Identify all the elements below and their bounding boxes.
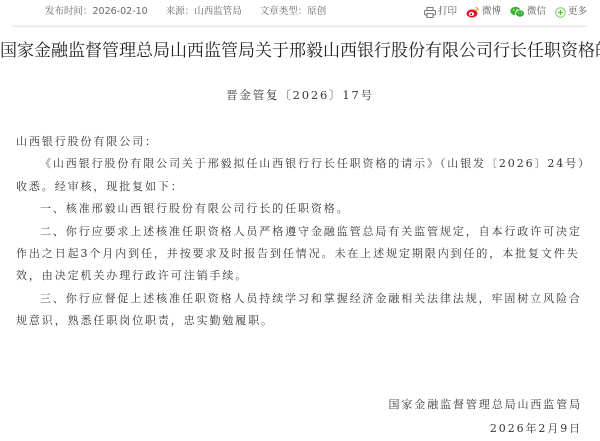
body-paragraph: 一、核准邢毅山西银行股份有限公司行长的任职资格。 [16, 198, 588, 220]
signature-date: 2026年2月9日 [389, 417, 583, 441]
wechat-share-button[interactable]: 微信 [510, 5, 546, 19]
article-type-label: 文章类型： [260, 5, 308, 19]
weibo-share-button[interactable]: 微博 [466, 5, 501, 19]
article-meta: 发布时间： 2026-02-10 来源： 山西监管局 文章类型： 原创 [45, 5, 326, 19]
article-title: 国家金融监督管理总局山西监管局关于邢毅山西银行股份有限公司行长任职资格的批复 [0, 40, 600, 62]
article-type: 文章类型： 原创 [260, 5, 327, 19]
document-number: 晋金管复〔2026〕17号 [0, 87, 600, 103]
signature-organization: 国家金融监督管理总局山西监管局 [389, 393, 583, 417]
article-type-value: 原创 [307, 5, 326, 19]
share-toolbar: 打印 微博 [424, 5, 587, 19]
plus-circle-icon [555, 7, 566, 18]
salutation: 山西银行股份有限公司： [16, 131, 588, 153]
body-paragraph: 《山西银行股份有限公司关于邢毅拟任山西银行行长任职资格的请示》（山银发〔2026… [16, 153, 588, 198]
signature-block: 国家金融监督管理总局山西监管局 2026年2月9日 [389, 393, 583, 441]
body-paragraph: 二、你行应要求上述核准任职资格人员严格遵守金融监管总局有关监管规定，自本行政许可… [16, 221, 588, 288]
print-label: 打印 [438, 5, 457, 19]
weibo-label: 微博 [482, 5, 501, 19]
body-paragraph: 三、你行应督促上述核准任职资格人员持续学习和掌握经济金融相关法律法规，牢固树立风… [16, 288, 588, 333]
source: 来源： 山西监管局 [166, 5, 242, 19]
publish-time-value: 2026-02-10 [93, 5, 148, 19]
publish-time: 发布时间： 2026-02-10 [45, 5, 148, 19]
source-value: 山西监管局 [194, 5, 242, 19]
publish-time-label: 发布时间： [45, 5, 93, 19]
more-label: 更多 [568, 5, 587, 19]
weibo-icon [466, 6, 480, 18]
more-share-button[interactable]: 更多 [555, 5, 587, 19]
header-divider [12, 25, 587, 27]
print-button[interactable]: 打印 [424, 5, 457, 19]
wechat-label: 微信 [527, 5, 546, 19]
source-label: 来源： [166, 5, 195, 19]
printer-icon [424, 7, 436, 18]
article-meta-bar: 发布时间： 2026-02-10 来源： 山西监管局 文章类型： 原创 打印 [0, 0, 600, 24]
wechat-icon [510, 6, 525, 18]
article-body: 山西银行股份有限公司： 《山西银行股份有限公司关于邢毅拟任山西银行行长任职资格的… [16, 131, 588, 333]
